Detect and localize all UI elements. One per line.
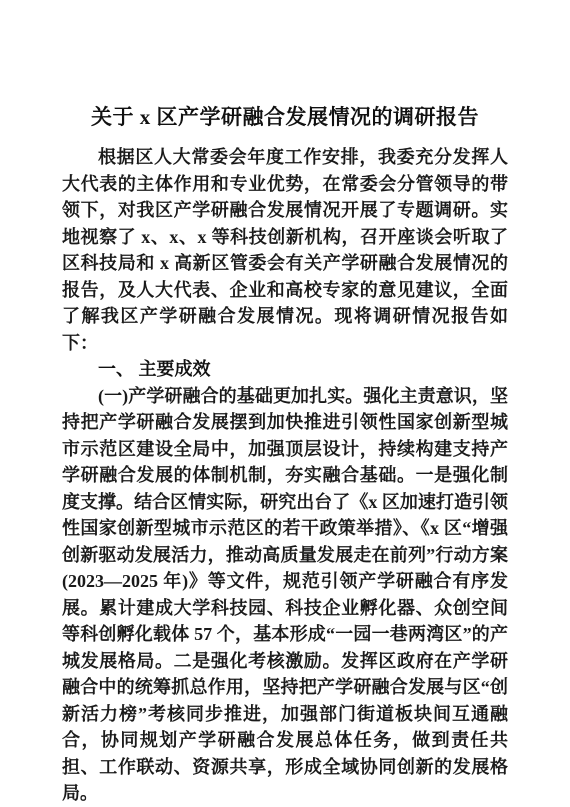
paragraph-intro: 根据区人大常委会年度工作安排，我委充分发挥人大代表的主体作用和专业优势，在常委会… — [62, 144, 508, 356]
document-page: 关于 x 区产学研融合发展情况的调研报告 根据区人大常委会年度工作安排，我委充分… — [0, 0, 570, 807]
section-heading-main-achievements: 一、 主要成效 — [62, 356, 508, 383]
document-title: 关于 x 区产学研融合发展情况的调研报告 — [62, 100, 508, 134]
paragraph-section-one: (一)产学研融合的基础更加扎实。强化主责意识，坚持把产学研融合发展摆到加快推进引… — [62, 383, 508, 807]
